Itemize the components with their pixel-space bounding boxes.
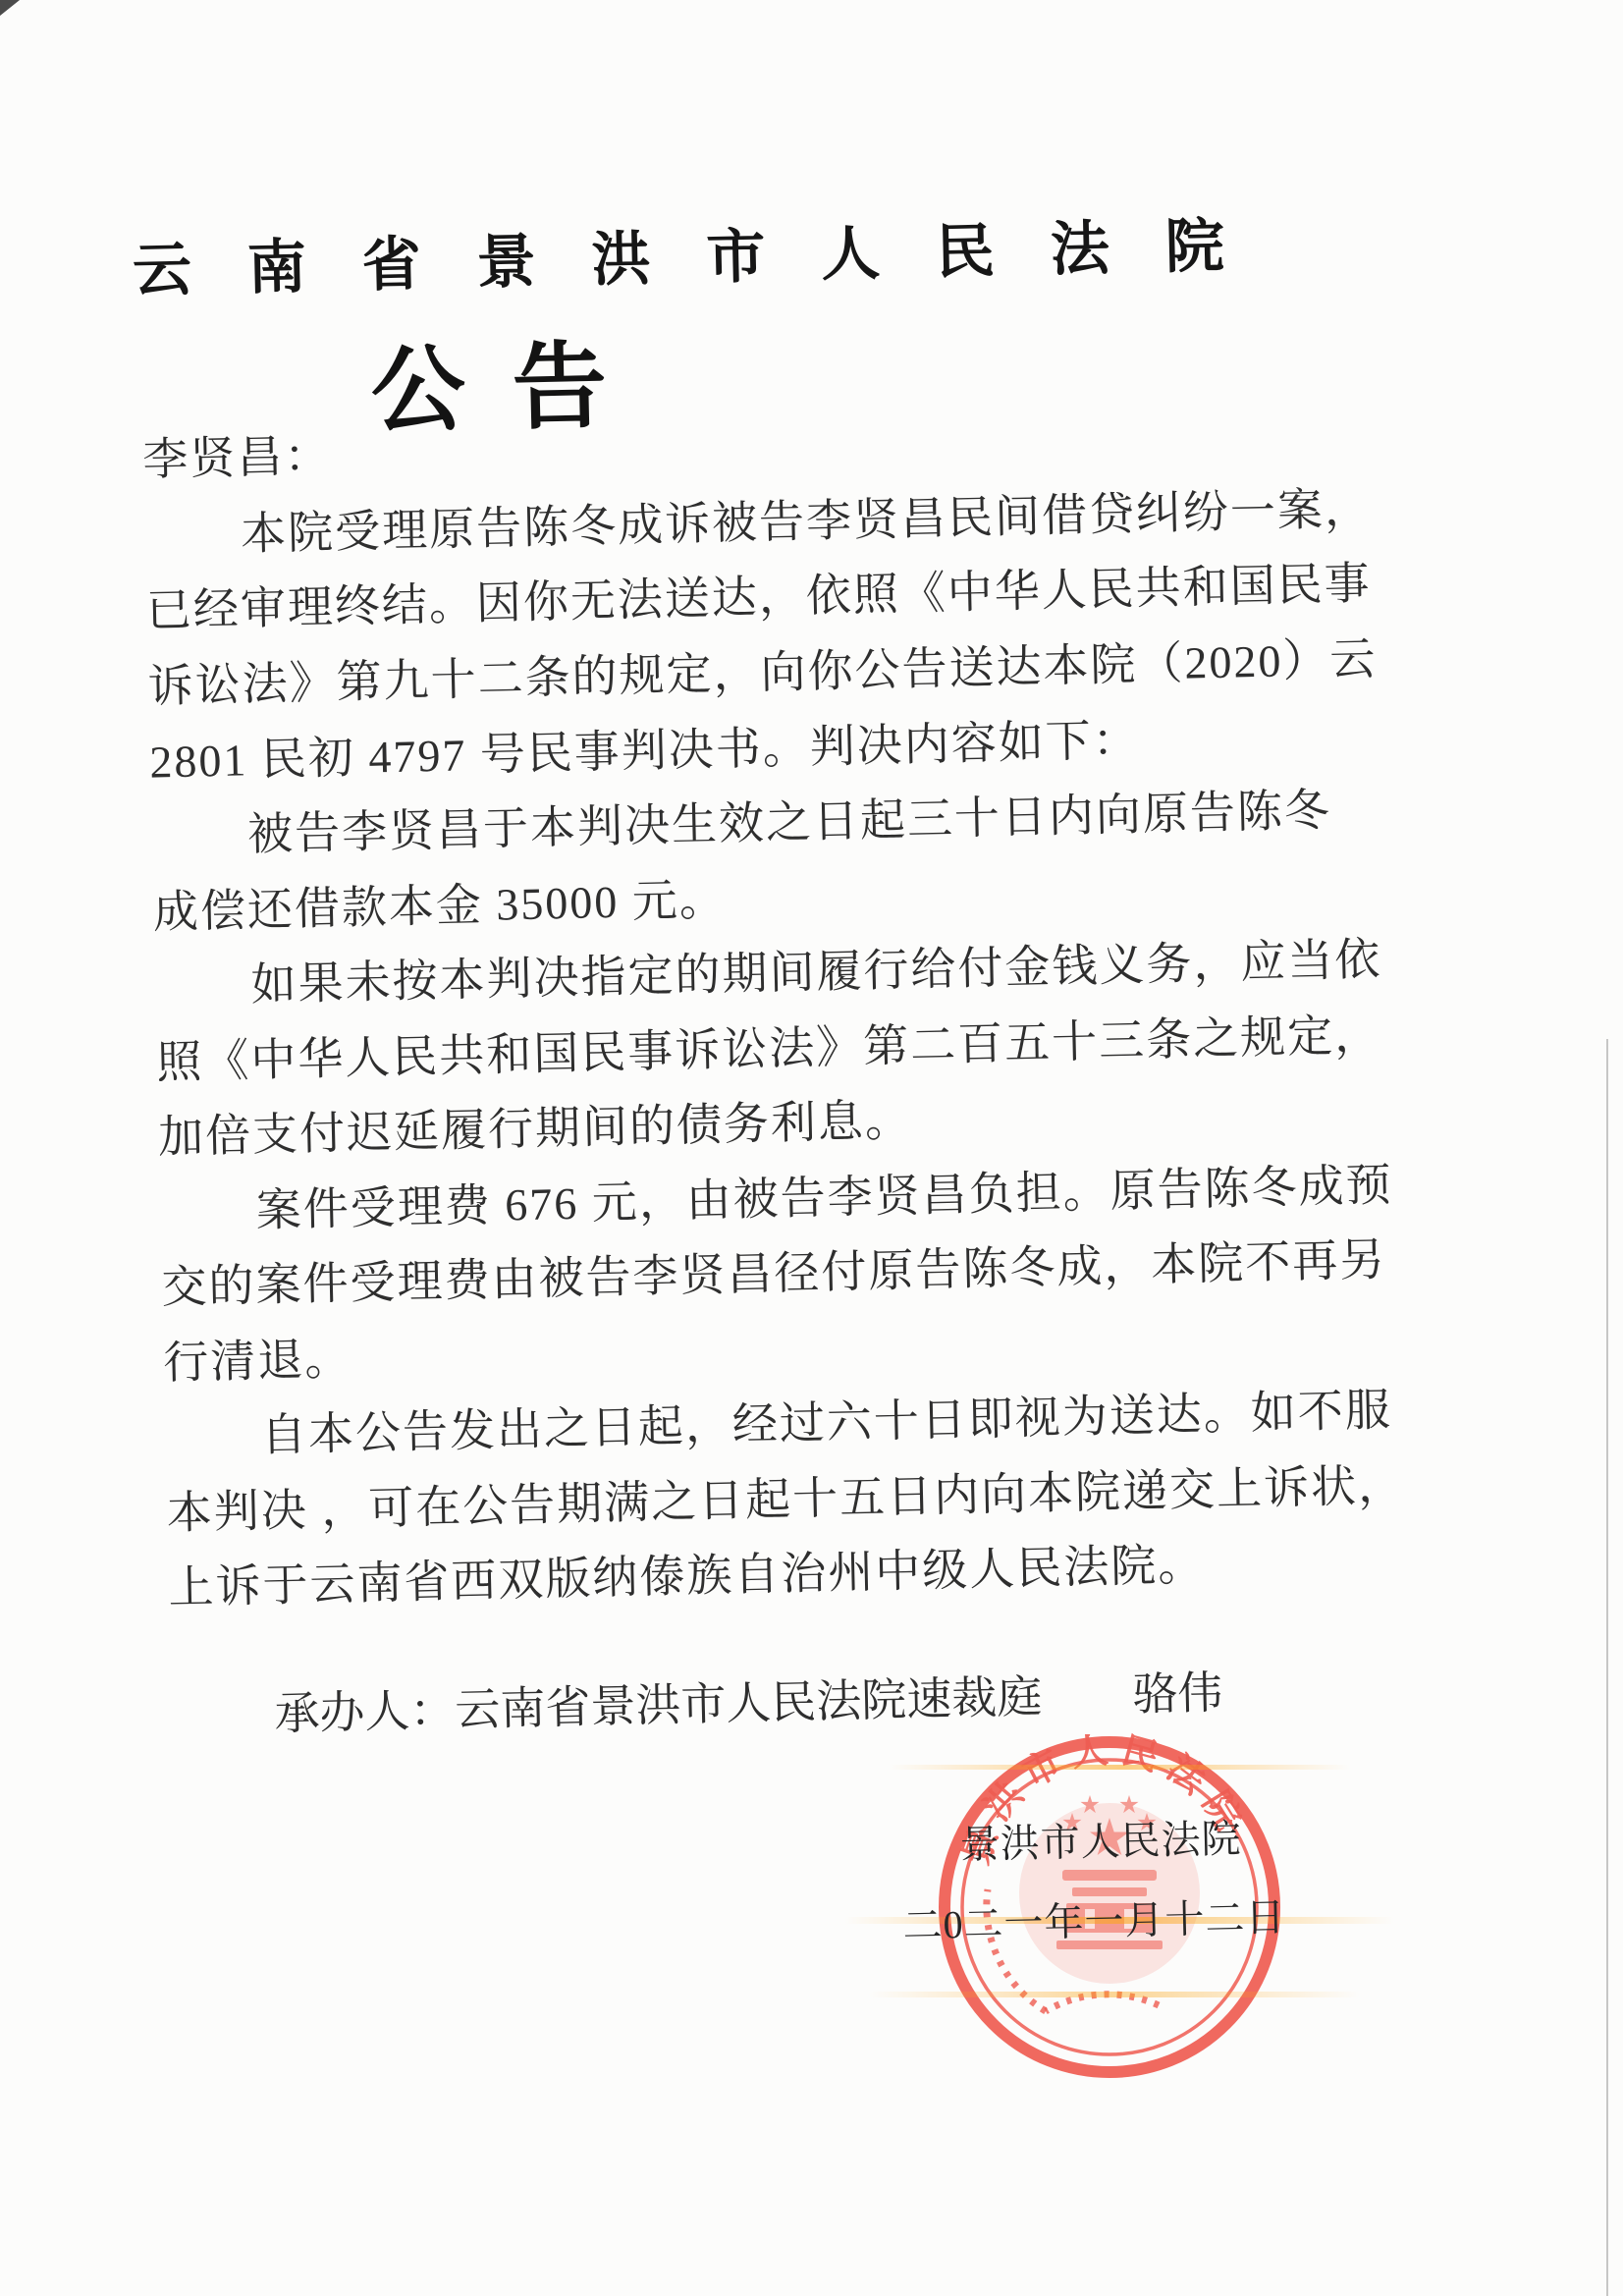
scan-edge-artifact — [1606, 1039, 1608, 2296]
notice-date: 二0二一年一月十二日 — [902, 1886, 1286, 1951]
body-line: 成偿还借款本金 35000 元。 — [152, 863, 727, 941]
body-line: 自本公告发出之日起，经过六十日即视为送达。如不服 — [164, 1374, 1392, 1466]
handler-line: 承办人：云南省景洪市人民法院速裁庭 骆伟 — [274, 1657, 1223, 1743]
signing-court-name: 景洪市人民法院 — [959, 1808, 1242, 1870]
body-line: 加倍支付迟延履行期间的债务利息。 — [157, 1084, 912, 1166]
body-line: 2801 民初 4797 号民事判决书。判决内容如下： — [149, 704, 1141, 792]
body-line: 如果未按本判决指定的期间履行给付金钱义务，应当依 — [154, 923, 1382, 1015]
document-title: 公告 — [369, 310, 655, 451]
body-line: 行清退。 — [162, 1323, 352, 1392]
body-line: 本判决 ，可在公告期满之日起十五日内向本院递交上诉状， — [166, 1449, 1406, 1543]
body-line: 上诉于云南省西双版纳傣族自治州中级人民法院。 — [168, 1528, 1206, 1616]
body-line: 已经审理终结。因你无法送达，依照《中华人民共和国民事 — [145, 547, 1372, 639]
body-line: 照《中华人民共和国民事诉讼法》第二百五十三条之规定， — [156, 999, 1382, 1091]
scanned-court-notice-page: 景洪市人民法院 云 南 省 景 洪 市 人 民 法 院 公告 李贤昌： 本院受理… — [0, 0, 1623, 2296]
court-title: 云 南 省 景 洪 市 人 民 法 院 — [132, 198, 1243, 308]
scan-corner-artifact — [0, 0, 20, 16]
notice-content: 云 南 省 景 洪 市 人 民 法 院 公告 李贤昌： 本院受理原告陈冬成诉被告… — [126, 196, 1387, 2188]
body-line: 诉讼法》第九十二条的规定，向你公告送达本院（2020）云 — [147, 623, 1378, 715]
addressee-salutation: 李贤昌： — [142, 419, 332, 488]
body-line: 被告李贤昌于本判决生效之日起三十日内向原告陈冬 — [150, 774, 1331, 865]
body-line: 交的案件受理费由被告李贤昌径付原告陈冬成，本院不再另 — [161, 1224, 1387, 1316]
